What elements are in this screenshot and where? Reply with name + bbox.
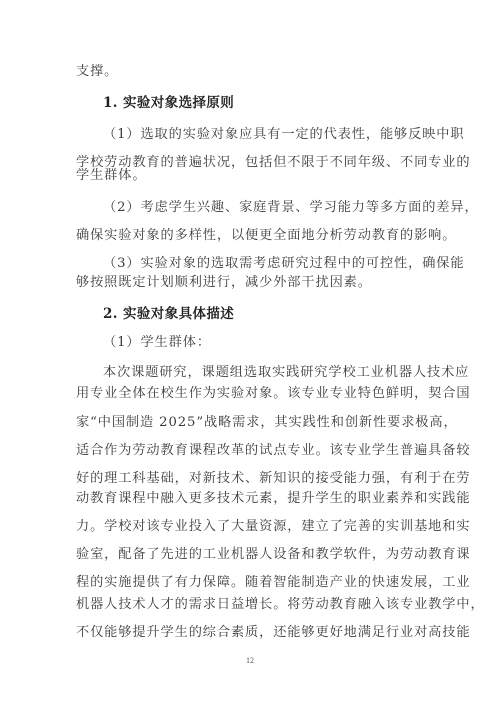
text-line: 够按照既定计划顺利进行，减少外部干扰因素。 bbox=[76, 275, 428, 291]
text-line: 学生群体。 bbox=[76, 168, 428, 184]
text-line: 力。学校对该专业投入了大量资源，建立了完善的实训基地和实 bbox=[76, 519, 428, 535]
text-line: 本次课题研究，课题组选取实践研究学校工业机器人技术应 bbox=[103, 365, 428, 381]
text-line: 家“中国制造 2025”战略需求，其实践性和创新性要求极高， bbox=[76, 415, 428, 431]
page-number: 12 bbox=[0, 656, 500, 665]
text-line: 适合作为劳动教育课程改革的试点专业。该专业学生普遍具备较 bbox=[76, 443, 428, 459]
text-line: 好的理工科基础，对新技术、新知识的接受能力强，有利于在劳 bbox=[76, 471, 428, 487]
text-line: 程的实施提供了有力保障。随着智能制造产业的快速发展，工业 bbox=[76, 575, 428, 591]
text-line: 验室，配备了先进的工业机器人设备和教学软件，为劳动教育课 bbox=[76, 547, 428, 563]
text-line: 用专业全体在校生作为实验对象。该专业专业特色鲜明，契合国 bbox=[76, 386, 428, 402]
document-page: 支撑。1. 实验对象选择原则（1）选取的实验对象应具有一定的代表性，能够反映中职… bbox=[0, 0, 500, 707]
text-line: （1）学生群体： bbox=[103, 335, 428, 351]
text-line: 动教育课程中融入更多技术元素，提升学生的职业素养和实践能 bbox=[76, 491, 428, 507]
text-line: 不仅能够提升学生的综合素质，还能够更好地满足行业对高技能 bbox=[76, 625, 428, 641]
text-line: （2）考虑学生兴趣、家庭背景、学习能力等多方面的差异， bbox=[103, 200, 428, 216]
text-line: 支撑。 bbox=[76, 64, 428, 80]
text-line: 机器人技术人才的需求日益增长。将劳动教育融入该专业教学中， bbox=[76, 597, 428, 613]
section-heading: 1. 实验对象选择原则 bbox=[103, 95, 455, 111]
text-line: （1）选取的实验对象应具有一定的代表性，能够反映中职 bbox=[103, 127, 428, 143]
text-line: （3）实验对象的选取需考虑研究过程中的可控性，确保能 bbox=[103, 256, 428, 272]
text-line: 确保实验对象的多样性，以便更全面地分析劳动教育的影响。 bbox=[76, 228, 428, 244]
section-heading: 2. 实验对象具体描述 bbox=[103, 306, 455, 322]
